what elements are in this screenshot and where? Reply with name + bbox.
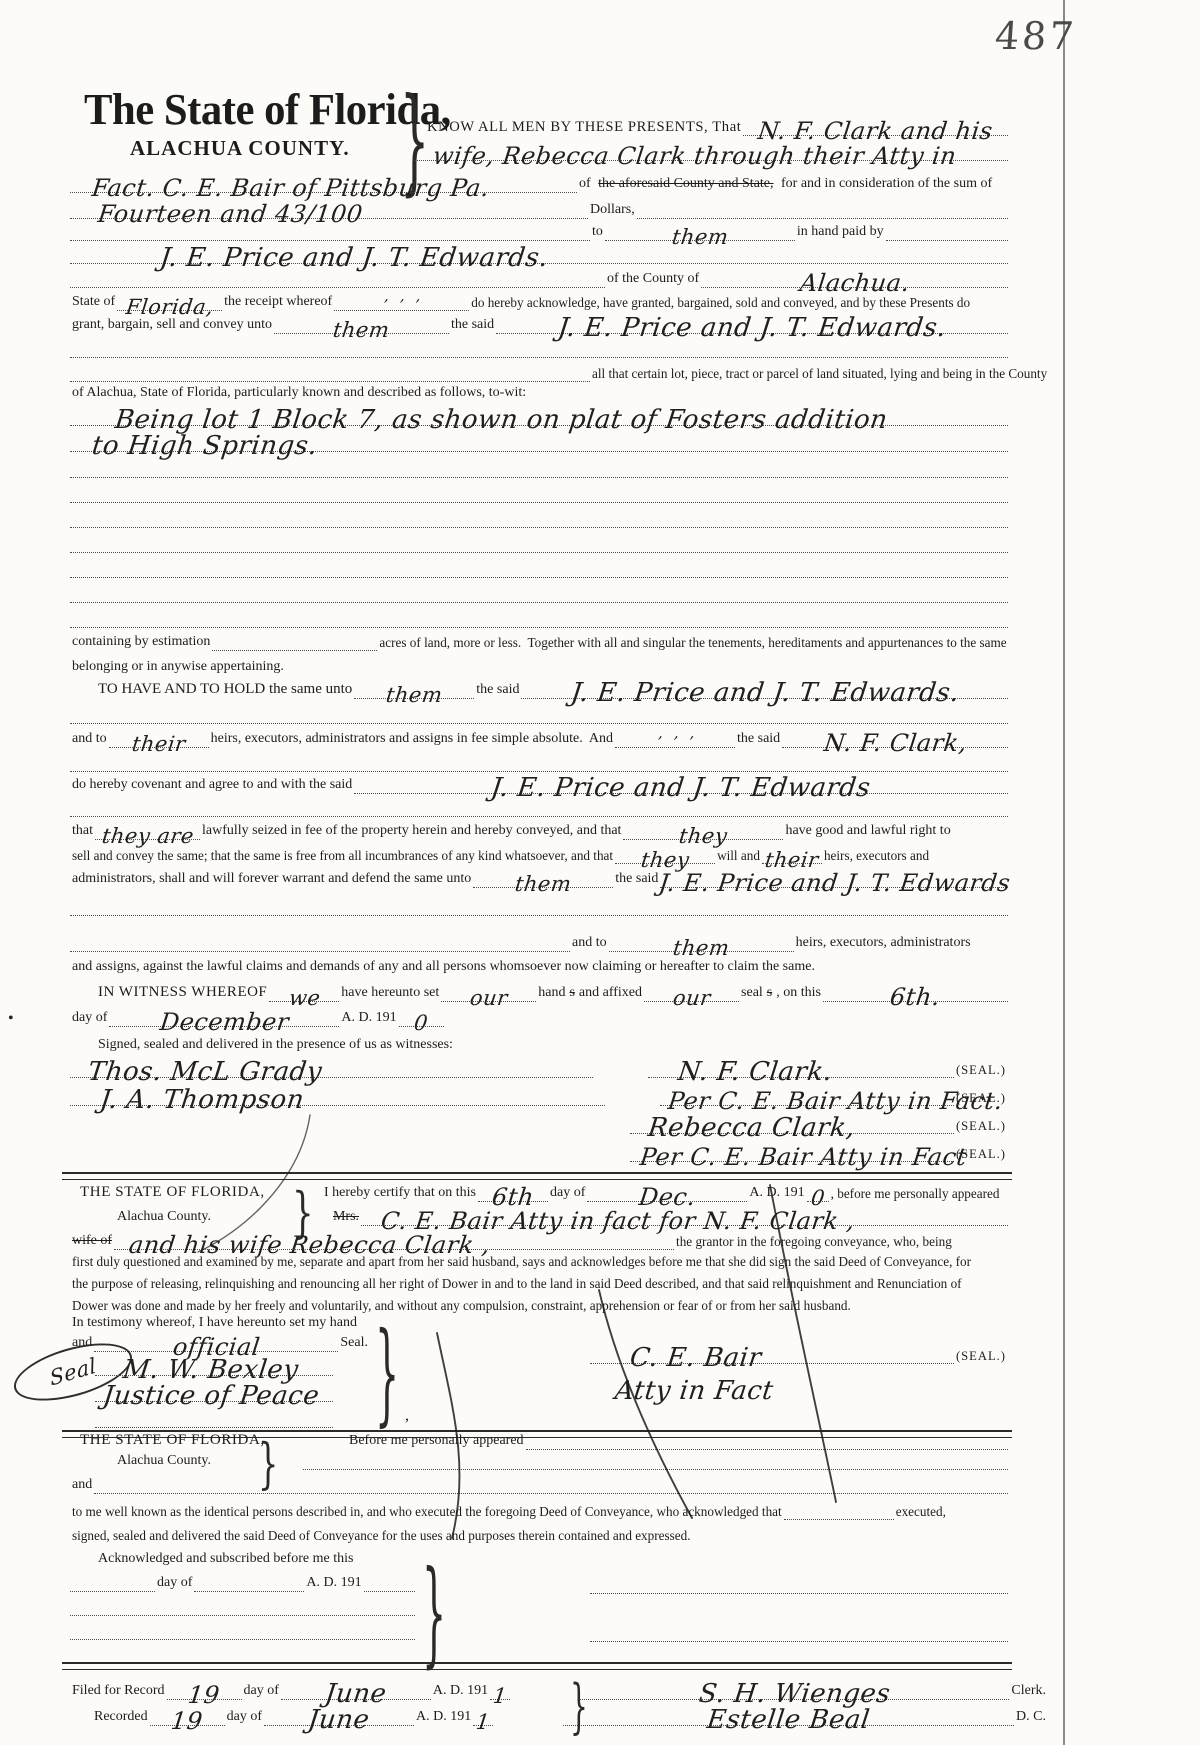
blank-line: 19 — [150, 1712, 225, 1726]
printed-text: A. D. 191 — [414, 1710, 473, 1726]
blank-line: 19 — [167, 1686, 242, 1700]
deputy-clerk-label: D. C. — [1014, 1710, 1048, 1726]
binding-edge-line — [1063, 0, 1065, 1745]
printed-text: Recorded — [92, 1710, 150, 1726]
deputy-clerk-signature: Estelle Beal — [706, 1710, 871, 1731]
deed-record-page: 487 • The State of Florida, ALACHUA COUN… — [0, 0, 1200, 1745]
printed-text: Filed for Record — [70, 1684, 167, 1700]
printed-text: day of — [225, 1710, 264, 1726]
record-brace: } — [570, 1678, 588, 1737]
blank-line: June — [281, 1684, 431, 1700]
printed-text: day of — [242, 1684, 281, 1700]
ink-speck: • — [8, 1010, 14, 1028]
blank-line: 1 — [473, 1714, 493, 1726]
handwritten-day: 19 — [170, 1712, 204, 1731]
blank-line: 1 — [490, 1688, 510, 1700]
blank-line: S. H. Wienges — [580, 1684, 1009, 1700]
printed-text: A. D. 191 — [431, 1684, 490, 1700]
blank-line: June — [264, 1710, 414, 1726]
clerk-label: Clerk. — [1009, 1684, 1048, 1700]
blank-line: Estelle Beal — [563, 1710, 1014, 1726]
handwritten-month: June — [307, 1710, 371, 1731]
handwritten-year: 1 — [475, 1714, 491, 1731]
